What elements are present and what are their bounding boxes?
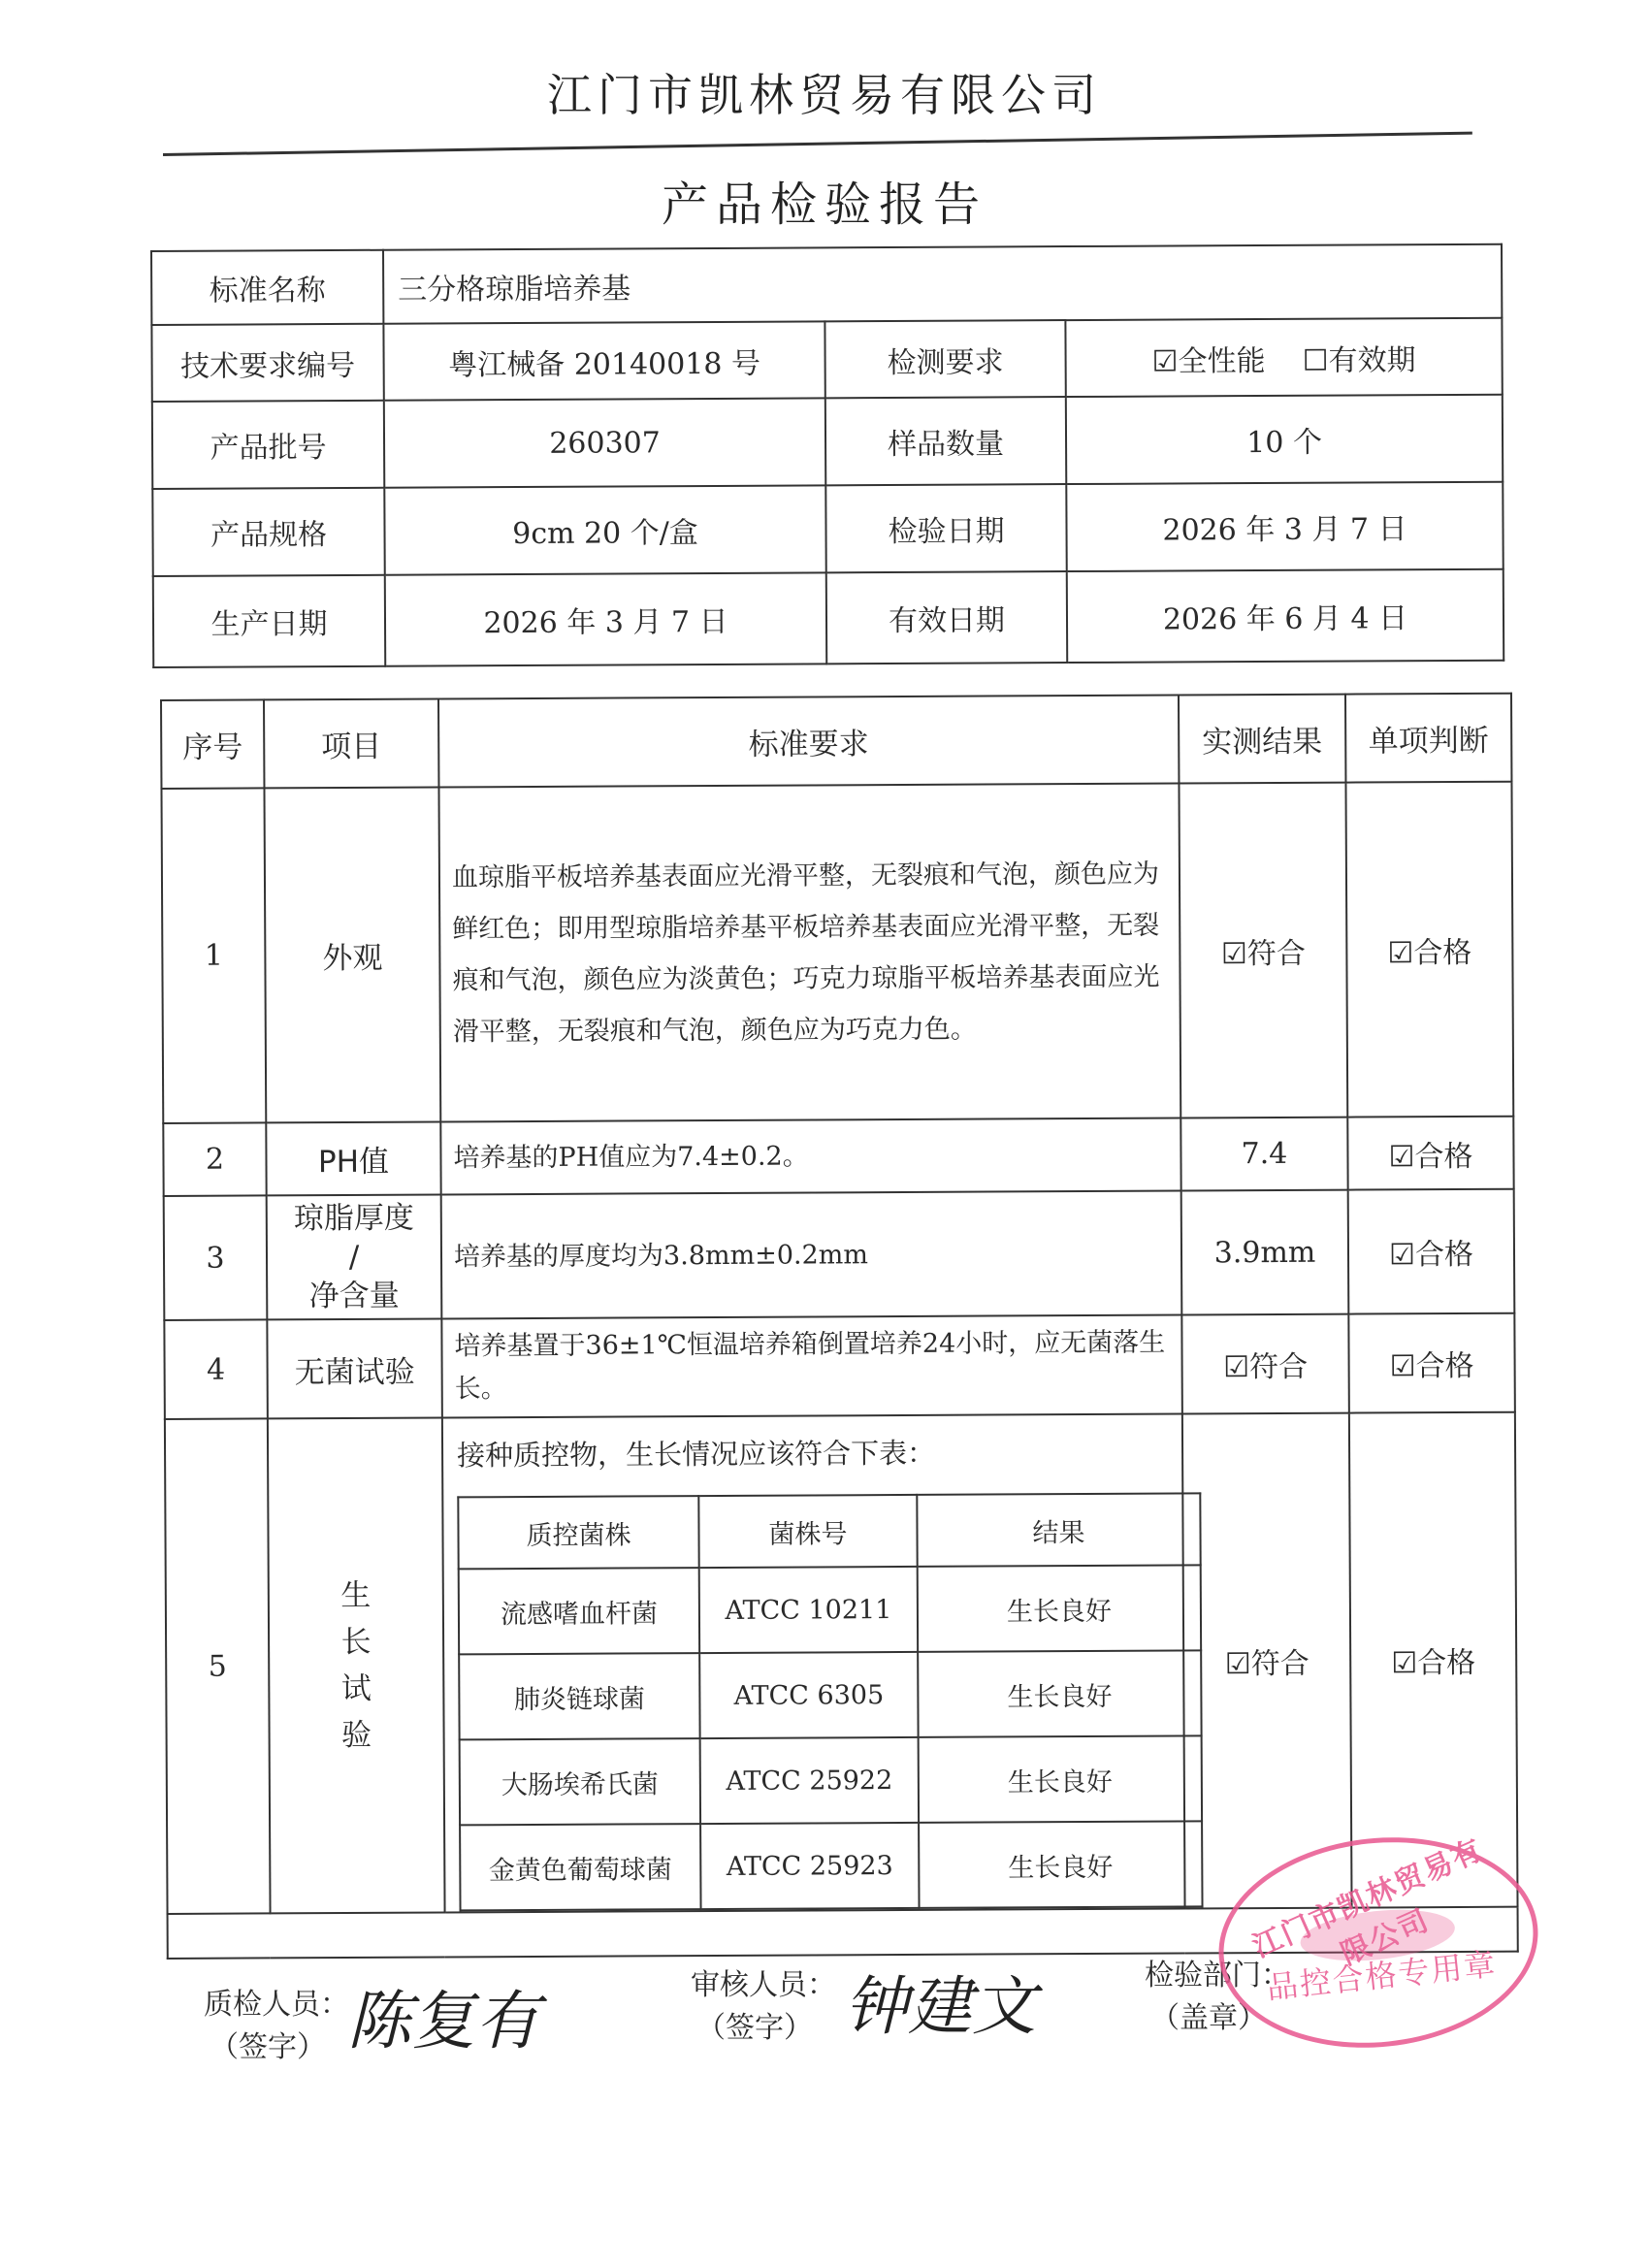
row-item-line: / xyxy=(268,1237,440,1277)
table-header-row: 序号 项目 标准要求 实测结果 单项判断 xyxy=(161,694,1511,789)
test-req-label: 检测要求 xyxy=(824,320,1065,398)
row-requirement: 培养基置于36±1℃恒温培养箱倒置培养24小时，应无菌落生长。 xyxy=(441,1314,1182,1417)
row-requirement: 培养基的厚度均为3.8mm±0.2mm xyxy=(441,1190,1182,1318)
row-result: ☑符合 xyxy=(1182,1413,1352,1909)
sub-header-result: 结果 xyxy=(917,1493,1200,1567)
reviewer-signature: 钟建文 xyxy=(844,1955,1036,2047)
tech-no-label: 技术要求编号 xyxy=(151,324,383,402)
strain-result: 生长良好 xyxy=(919,1821,1202,1908)
sub-table-row: 金黄色葡萄球菌 ATCC 25923 生长良好 xyxy=(460,1821,1202,1910)
row-item-line: 净含量 xyxy=(268,1276,440,1315)
strain-result: 生长良好 xyxy=(919,1735,1202,1823)
inspect-date-label: 检验日期 xyxy=(825,484,1066,572)
row-item: 琼脂厚度 / 净含量 xyxy=(267,1194,442,1319)
strain-code: ATCC 25922 xyxy=(700,1737,919,1824)
inspect-date-value: 2026 年 3 月 7 日 xyxy=(1066,482,1503,571)
strain-name: 金黄色葡萄球菌 xyxy=(460,1824,700,1910)
table-row: 3 琼脂厚度 / 净含量 培养基的厚度均为3.8mm±0.2mm 3.9mm ☑… xyxy=(164,1189,1515,1320)
sub-table-row: 流感嗜血杆菌 ATCC 10211 生长良好 xyxy=(459,1565,1201,1654)
expiry-value: 2026 年 6 月 4 日 xyxy=(1067,569,1504,663)
standard-name-label: 标准名称 xyxy=(151,250,383,325)
strain-name: 流感嗜血杆菌 xyxy=(459,1568,699,1654)
row-item: PH值 xyxy=(266,1121,440,1195)
strain-result: 生长良好 xyxy=(918,1650,1201,1737)
sub-table-row: 大肠埃希氏菌 ATCC 25922 生长良好 xyxy=(460,1735,1202,1825)
qc-strain-table: 质控菌株 菌株号 结果 流感嗜血杆菌 ATCC 10211 生长良好 肺炎链球菌… xyxy=(457,1492,1203,1911)
batch-label: 产品批号 xyxy=(152,401,384,489)
table-row: 5 生长试验 接种质控物，生长情况应该符合下表： 质控菌株 菌株号 结果 流感嗜… xyxy=(165,1412,1518,1914)
report-title: 产品检验报告 xyxy=(0,167,1649,234)
product-info-table: 标准名称 三分格琼脂培养基 技术要求编号 粤江械备 20140018 号 检测要… xyxy=(150,243,1504,668)
row-item: 生长试验 xyxy=(268,1417,445,1913)
inspector-label: 质检人员： xyxy=(204,1988,349,2022)
row-no: 5 xyxy=(165,1418,271,1914)
growth-test-intro: 接种质控物，生长情况应该符合下表： xyxy=(443,1414,1181,1496)
row-item-line: 琼脂厚度 xyxy=(268,1198,440,1238)
sub-header-strain: 质控菌株 xyxy=(458,1496,698,1569)
row-item-vertical: 生长试验 xyxy=(339,1572,373,1759)
batch-value: 260307 xyxy=(384,398,825,487)
row-item: 外观 xyxy=(264,787,440,1122)
inspector-block: 质检人员： （签字） xyxy=(204,1984,349,2069)
inspection-results-table: 序号 项目 标准要求 实测结果 单项判断 1 外观 血琼脂平板培养基表面应光滑平… xyxy=(160,693,1519,1960)
validity-checkbox[interactable]: ☐有效期 xyxy=(1303,343,1416,378)
row-result: ☑符合 xyxy=(1181,1314,1349,1414)
row-requirement: 培养基的PH值应为7.4±0.2。 xyxy=(440,1118,1180,1194)
row-no: 1 xyxy=(161,788,266,1123)
table-row: 2 PH值 培养基的PH值应为7.4±0.2。 7.4 ☑合格 xyxy=(163,1117,1513,1196)
col-header-judgement: 单项判断 xyxy=(1345,694,1511,783)
spec-value: 9cm 20 个/盒 xyxy=(384,485,825,574)
sub-header-code: 菌株号 xyxy=(698,1495,917,1568)
row-requirement: 接种质控物，生长情况应该符合下表： 质控菌株 菌株号 结果 流感嗜血杆菌 ATC… xyxy=(442,1413,1185,1912)
company-name: 江门市凯林贸易有限公司 xyxy=(0,60,1649,124)
strain-name: 大肠埃希氏菌 xyxy=(460,1738,700,1825)
strain-code: ATCC 6305 xyxy=(699,1652,918,1738)
col-header-result: 实测结果 xyxy=(1179,695,1345,784)
reviewer-sign-note: （签字） xyxy=(691,2007,836,2050)
reviewer-block: 审核人员： （签字） xyxy=(691,1964,836,2050)
strain-code: ATCC 10211 xyxy=(699,1567,918,1653)
row-result: ☑符合 xyxy=(1179,783,1347,1118)
row-no: 3 xyxy=(164,1195,268,1320)
tech-no-value: 粤江械备 20140018 号 xyxy=(383,321,824,400)
strain-result: 生长良好 xyxy=(918,1565,1201,1652)
sample-qty-label: 样品数量 xyxy=(825,397,1066,485)
inspector-signature: 陈复有 xyxy=(347,1969,539,2061)
expiry-label: 有效日期 xyxy=(826,571,1067,664)
row-judgement: ☑合格 xyxy=(1348,1189,1515,1314)
row-judgement: ☑合格 xyxy=(1348,1313,1515,1413)
row-judgement: ☑合格 xyxy=(1349,1412,1518,1908)
prod-date-label: 生产日期 xyxy=(153,575,385,667)
row-judgement: ☑合格 xyxy=(1345,782,1513,1118)
sample-qty-value: 10 个 xyxy=(1066,395,1503,484)
row-requirement: 血琼脂平板培养基表面应光滑平整，无裂痕和气泡，颜色应为鲜红色；即用型琼脂培养基平… xyxy=(438,784,1180,1122)
col-header-requirement: 标准要求 xyxy=(438,696,1179,788)
row-judgement: ☑合格 xyxy=(1347,1117,1513,1190)
strain-code: ATCC 25923 xyxy=(700,1823,919,1909)
row-result: 7.4 xyxy=(1180,1118,1347,1191)
header-divider xyxy=(163,132,1472,156)
table-row: 4 无菌试验 培养基置于36±1℃恒温培养箱倒置培养24小时，应无菌落生长。 ☑… xyxy=(164,1313,1515,1419)
row-no: 2 xyxy=(163,1122,266,1196)
table-row: 1 外观 血琼脂平板培养基表面应光滑平整，无裂痕和气泡，颜色应为鲜红色；即用型琼… xyxy=(161,782,1513,1123)
spec-label: 产品规格 xyxy=(152,488,384,576)
prod-date-value: 2026 年 3 月 7 日 xyxy=(385,572,826,665)
inspector-sign-note: （签字） xyxy=(204,2026,349,2069)
row-result: 3.9mm xyxy=(1181,1190,1349,1315)
full-performance-checkbox[interactable]: ☑全性能 xyxy=(1152,343,1266,378)
row-no: 4 xyxy=(164,1319,268,1419)
row-item: 无菌试验 xyxy=(267,1318,442,1418)
col-header-item: 项目 xyxy=(264,698,438,788)
reviewer-label: 审核人员： xyxy=(691,1968,836,2002)
strain-name: 肺炎链球菌 xyxy=(459,1653,699,1739)
test-req-options: ☑全性能 ☐有效期 xyxy=(1065,318,1502,397)
col-header-no: 序号 xyxy=(161,699,264,789)
standard-name-value: 三分格琼脂培养基 xyxy=(383,244,1502,324)
sub-table-row: 肺炎链球菌 ATCC 6305 生长良好 xyxy=(459,1650,1201,1739)
